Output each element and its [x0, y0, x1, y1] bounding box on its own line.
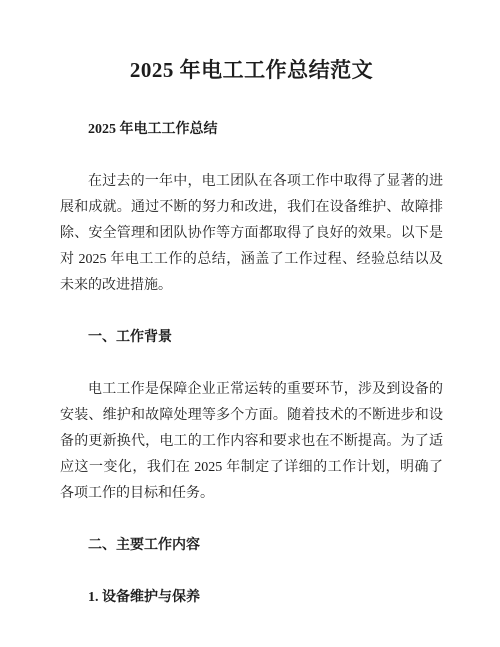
section-background-paragraph: 电工工作是保障企业正常运转的重要环节，涉及到设备的安装、维护和故障处理等多个方面…: [60, 377, 443, 507]
intro-paragraph: 在过去的一年中，电工团队在各项工作中取得了显著的进展和成就。通过不断的努力和改进…: [60, 169, 443, 299]
document-page: 2025 年电工工作总结范文 2025 年电工工作总结 在过去的一年中，电工团队…: [0, 0, 500, 647]
document-title: 2025 年电工工作总结范文: [60, 55, 443, 85]
document-subtitle: 2025 年电工工作总结: [60, 117, 443, 143]
subsection-heading-equipment-maintenance: 1. 设备维护与保养: [60, 585, 443, 611]
section-heading-background: 一、工作背景: [60, 325, 443, 351]
section-heading-main-content: 二、主要工作内容: [60, 533, 443, 559]
